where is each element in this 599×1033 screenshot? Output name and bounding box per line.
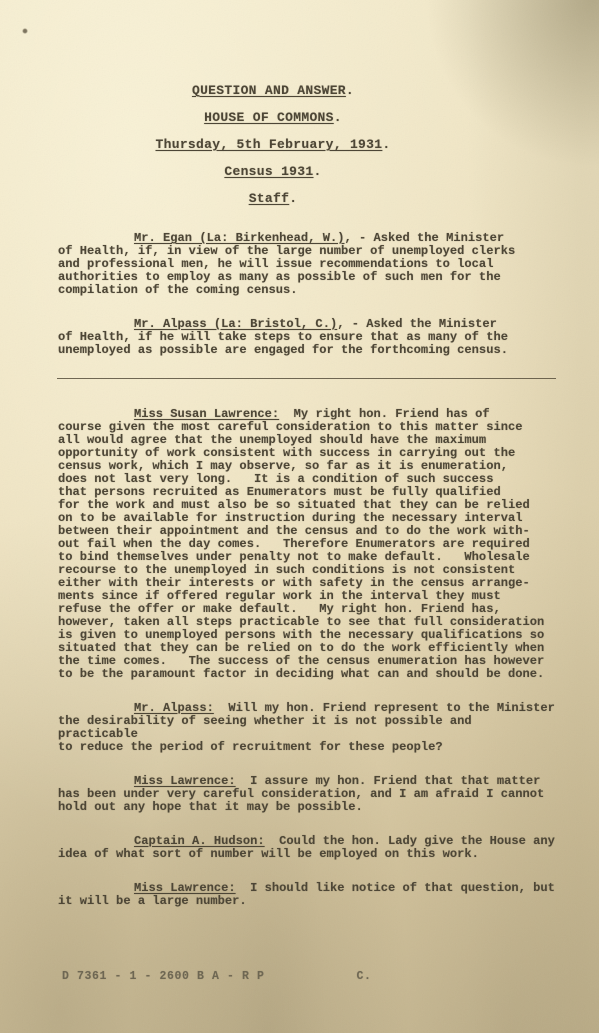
question-alpass-followup: Mr. Alpass: Will my hon. Friend represen… <box>58 702 558 754</box>
speaker-name: Miss Lawrence: <box>134 774 236 788</box>
title-text: QUESTION AND ANSWER <box>192 83 346 98</box>
answer-lawrence-third: Miss Lawrence: I should like notice of t… <box>58 882 558 908</box>
speaker-name: Miss Lawrence: <box>134 881 236 895</box>
question-text: Could the hon. Lady give the House any i… <box>58 834 555 861</box>
printer-code-line: D 7361 - 1 - 2600 B A - R PC. <box>62 970 372 983</box>
answer-lawrence-main: Miss Susan Lawrence: My right hon. Frien… <box>58 408 558 681</box>
printer-code-mark: C. <box>357 970 372 983</box>
title-period: . <box>346 83 354 98</box>
question-text: Will my hon. Friend represent to the Min… <box>58 701 555 754</box>
speaker-separator <box>236 774 251 788</box>
speaker-separator <box>265 834 280 848</box>
heading-period: . <box>334 110 342 125</box>
document-headings: QUESTION AND ANSWER. HOUSE OF COMMONS. T… <box>58 84 488 219</box>
heading-date: Thursday, 5th February, 1931. <box>58 138 488 151</box>
speaker-name: Mr. Alpass (La: Bristol, C.) <box>134 317 337 331</box>
staff-period: . <box>289 191 297 206</box>
speaker-name: Captain A. Hudson: <box>134 834 265 848</box>
document-body: Mr. Egan (La: Birkenhead, W.), - Asked t… <box>58 232 558 929</box>
answer-text: My right hon. Friend has of course given… <box>58 407 544 681</box>
speaker-name: Mr. Egan (La: Birkenhead, W.) <box>134 231 344 245</box>
divider-line <box>57 378 556 379</box>
date-text: Thursday, 5th February, 1931 <box>156 137 383 152</box>
heading-staff: Staff. <box>58 192 488 205</box>
question-egan: Mr. Egan (La: Birkenhead, W.), - Asked t… <box>58 232 558 297</box>
speaker-name: Mr. Alpass: <box>134 701 214 715</box>
heading-text: HOUSE OF COMMONS <box>204 110 334 125</box>
document-page: QUESTION AND ANSWER. HOUSE OF COMMONS. T… <box>0 0 599 1033</box>
question-hudson: Captain A. Hudson: Could the hon. Lady g… <box>58 835 558 861</box>
title-question-and-answer: QUESTION AND ANSWER. <box>58 84 488 97</box>
speaker-name: Miss Susan Lawrence: <box>134 407 279 421</box>
question-alpass: Mr. Alpass (La: Bristol, C.), - Asked th… <box>58 318 558 357</box>
speaker-separator <box>214 701 229 715</box>
census-text: Census 1931 <box>224 164 313 179</box>
census-period: . <box>314 164 322 179</box>
heading-house-of-commons: HOUSE OF COMMONS. <box>58 111 488 124</box>
answer-text: I should like notice of that question, b… <box>58 881 555 908</box>
staff-text: Staff <box>249 191 290 206</box>
date-period: . <box>382 137 390 152</box>
answer-lawrence-second: Miss Lawrence: I assure my hon. Friend t… <box>58 775 558 814</box>
printer-code: D 7361 - 1 - 2600 B A - R P <box>62 970 265 983</box>
speaker-separator: , - <box>344 231 373 245</box>
speaker-separator <box>279 407 294 421</box>
speaker-separator <box>236 881 251 895</box>
heading-census-1931: Census 1931. <box>58 165 488 178</box>
answer-text: I assure my hon. Friend that that matter… <box>58 774 544 814</box>
speaker-separator: , - <box>337 317 366 331</box>
